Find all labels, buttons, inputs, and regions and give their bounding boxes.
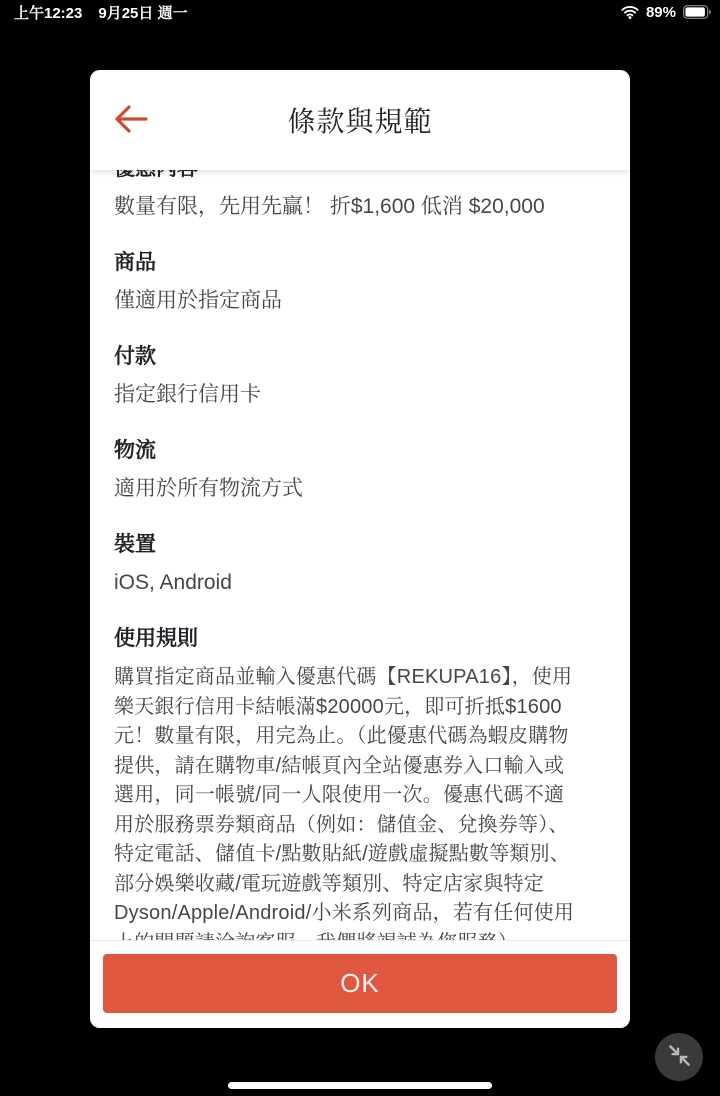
- section-heading-device: 裝置: [114, 530, 606, 560]
- back-arrow-icon: [110, 101, 150, 140]
- status-bar: 上午12:23 9月25日 週一 89%: [0, 0, 720, 24]
- status-date: 9月25日 週一: [98, 2, 187, 23]
- battery-percent-label: 89%: [646, 4, 676, 21]
- collapse-button[interactable]: [655, 1033, 703, 1081]
- section-body-offer: 數量有限，先用先贏！ 折$1,600 低消 $20,000: [114, 192, 606, 222]
- back-button[interactable]: [106, 98, 154, 142]
- section-heading-logistics: 物流: [114, 436, 606, 466]
- section-body-rules: 購買指定商品並輸入優惠代碼【REKUPA16】，使用 樂天銀行信用卡結帳滿$20…: [114, 663, 606, 940]
- section-heading-offer: 優惠內容: [114, 170, 606, 184]
- section-body-logistics: 適用於所有物流方式: [114, 474, 606, 504]
- screen: 上午12:23 9月25日 週一 89%: [0, 0, 720, 1096]
- ok-button[interactable]: OK: [103, 954, 617, 1013]
- section-body-payment: 指定銀行信用卡: [114, 380, 606, 410]
- battery-icon: [683, 5, 712, 19]
- status-time: 上午12:23: [14, 2, 82, 23]
- section-heading-payment: 付款: [114, 342, 606, 372]
- wifi-icon: [621, 5, 639, 19]
- home-indicator[interactable]: [228, 1082, 492, 1089]
- terms-modal: 條款與規範 優惠內容 數量有限，先用先贏！ 折$1,600 低消 $20,000…: [90, 70, 630, 1028]
- modal-footer: OK: [90, 940, 630, 1028]
- collapse-arrows-icon: [666, 1042, 693, 1072]
- modal-title: 條款與規範: [287, 100, 432, 140]
- section-body-device: iOS, Android: [114, 568, 606, 598]
- section-heading-product: 商品: [114, 248, 606, 278]
- modal-content[interactable]: 優惠內容 數量有限，先用先贏！ 折$1,600 低消 $20,000 商品 僅適…: [90, 170, 630, 940]
- section-body-product: 僅適用於指定商品: [114, 286, 606, 316]
- modal-header: 條款與規範: [90, 70, 630, 170]
- section-heading-rules: 使用規則: [114, 624, 606, 654]
